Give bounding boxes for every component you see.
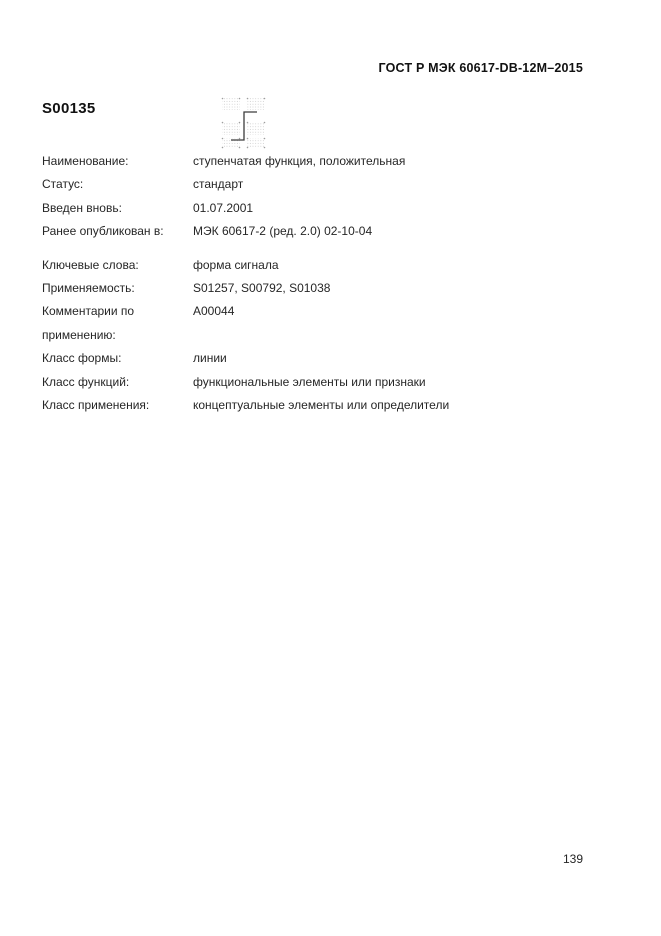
field-label: Наименование: <box>42 150 193 173</box>
field-label: Комментарии по применению: <box>42 300 193 347</box>
step-function-icon <box>221 95 267 151</box>
field-label: Ранее опубликован в: <box>42 220 193 243</box>
field-label: Класс применения: <box>42 394 193 417</box>
field-row-applicability: Применяемость: S01257, S00792, S01038 <box>42 277 625 300</box>
field-row-name: Наименование: ступенчатая функция, полож… <box>42 150 625 173</box>
field-row-application-comments: Комментарии по применению: A00044 <box>42 300 625 347</box>
field-row-function-class: Класс функций: функциональные элементы и… <box>42 371 625 394</box>
field-value: концептуальные элементы или определители <box>193 394 625 417</box>
field-label: Ключевые слова: <box>42 254 193 277</box>
field-label: Класс функций: <box>42 371 193 394</box>
field-row-keywords: Ключевые слова: форма сигнала <box>42 254 625 277</box>
document-page: ГОСТ Р МЭК 60617-DB-12M–2015 S00135 <box>0 0 661 936</box>
symbol-id: S00135 <box>42 100 96 117</box>
field-value: линии <box>193 347 625 370</box>
field-row-status: Статус: стандарт <box>42 173 625 196</box>
field-row-reintroduced: Введен вновь: 01.07.2001 <box>42 197 625 220</box>
page-number: 139 <box>563 852 583 866</box>
field-label: Применяемость: <box>42 277 193 300</box>
field-label: Статус: <box>42 173 193 196</box>
symbol-attributes: Наименование: ступенчатая функция, полож… <box>42 150 625 417</box>
field-value: S01257, S00792, S01038 <box>193 277 625 300</box>
field-value: A00044 <box>193 300 625 323</box>
field-label: Введен вновь: <box>42 197 193 220</box>
field-value: стандарт <box>193 173 625 196</box>
step-function-symbol-figure <box>221 95 267 151</box>
field-value: функциональные элементы или признаки <box>193 371 625 394</box>
field-row-previously-published: Ранее опубликован в: МЭК 60617-2 (ред. 2… <box>42 220 625 243</box>
field-row-shape-class: Класс формы: линии <box>42 347 625 370</box>
field-value: МЭК 60617-2 (ред. 2.0) 02-10-04 <box>193 220 625 243</box>
field-value: форма сигнала <box>193 254 625 277</box>
field-label: Класс формы: <box>42 347 193 370</box>
field-row-application-class: Класс применения: концептуальные элемент… <box>42 394 625 417</box>
field-value: 01.07.2001 <box>193 197 625 220</box>
standard-title: ГОСТ Р МЭК 60617-DB-12M–2015 <box>378 61 583 75</box>
field-value: ступенчатая функция, положительная <box>193 150 625 173</box>
